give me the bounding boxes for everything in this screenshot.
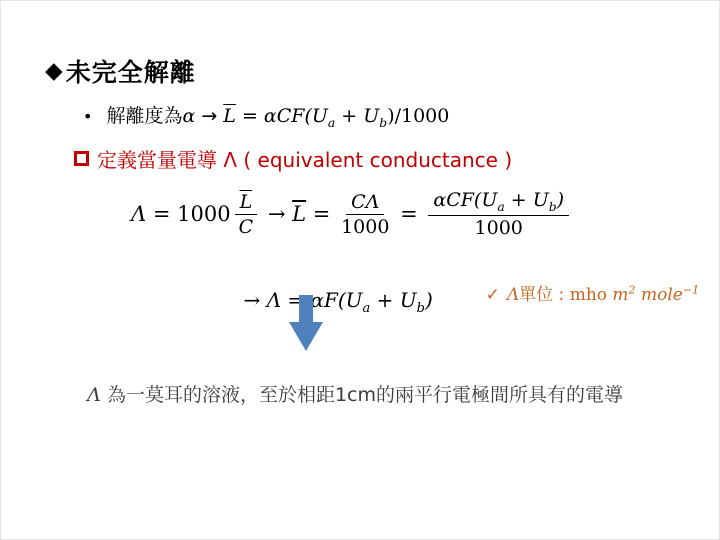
lambda-result-equation: → Λ = αF(Ua + Ub) (218, 264, 433, 340)
dissociation-degree-line: • 解離度為α → L = αCF(Ua + Ub)/1000 (83, 101, 449, 130)
lambda-formula-row: Λ = 1000 L C → L = CΛ 1000 = αCF(Ua + Ub… (131, 182, 573, 246)
lambda-symbol: Λ (131, 202, 146, 226)
square-bullet-icon (74, 151, 89, 166)
arrow-right: → (243, 288, 266, 312)
L-bar-symbol: L (292, 202, 306, 226)
bullet-dot-icon: • (83, 107, 92, 126)
equivalent-conductance-label: 定義當量電導 Λ ( equivalent conductance ) (97, 144, 512, 173)
arrow-right: → (261, 202, 292, 226)
slide-canvas: ◆ 未完全解離 • 解離度為α → L = αCF(Ua + Ub)/1000 … (0, 0, 720, 540)
checkmark-icon: ✓ (486, 285, 500, 305)
slide-title: ◆ 未完全解離 (45, 53, 196, 89)
fraction-CLambda-over-1000: CΛ 1000 (341, 191, 389, 238)
footer-explanation: Λ 為一莫耳的溶液，至於相距1cm的兩平行電極間所具有的電導 (63, 358, 623, 429)
slide-title-text: 未完全解離 (66, 53, 196, 89)
down-arrow-icon (288, 295, 324, 353)
lambda-unit-note: ✓Λ單位 : mho m2 mole−1 (464, 260, 699, 325)
diamond-bullet-icon: ◆ (45, 58, 64, 84)
dissociation-degree-text: 解離度為α → L = αCF(Ua + Ub)/1000 (106, 101, 449, 130)
fraction-L-over-C: L C (235, 191, 258, 238)
fraction-aCF-over-1000: αCF(Ua + Ub) 1000 (428, 189, 569, 239)
coefficient-1000: 1000 (177, 202, 230, 226)
equivalent-conductance-definition: 定義當量電導 Λ ( equivalent conductance ) (74, 144, 512, 173)
